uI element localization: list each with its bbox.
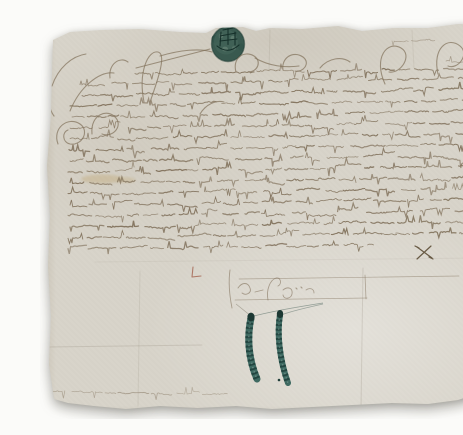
fold-creases: [48, 30, 463, 409]
notary-cross-mark: [415, 246, 433, 259]
seal-cords: [236, 303, 323, 383]
seal-cord-right: [277, 310, 288, 383]
parchment: 30: [40, 16, 463, 419]
manuscript-photo: 30: [40, 16, 463, 419]
royal-signature: [192, 267, 459, 308]
stain-mark: [81, 175, 135, 184]
manuscript-art: 30: [40, 16, 463, 419]
parchment-shadow: 30: [40, 16, 463, 419]
seal-cord-left: [247, 313, 257, 379]
script-text-block: [68, 39, 463, 254]
